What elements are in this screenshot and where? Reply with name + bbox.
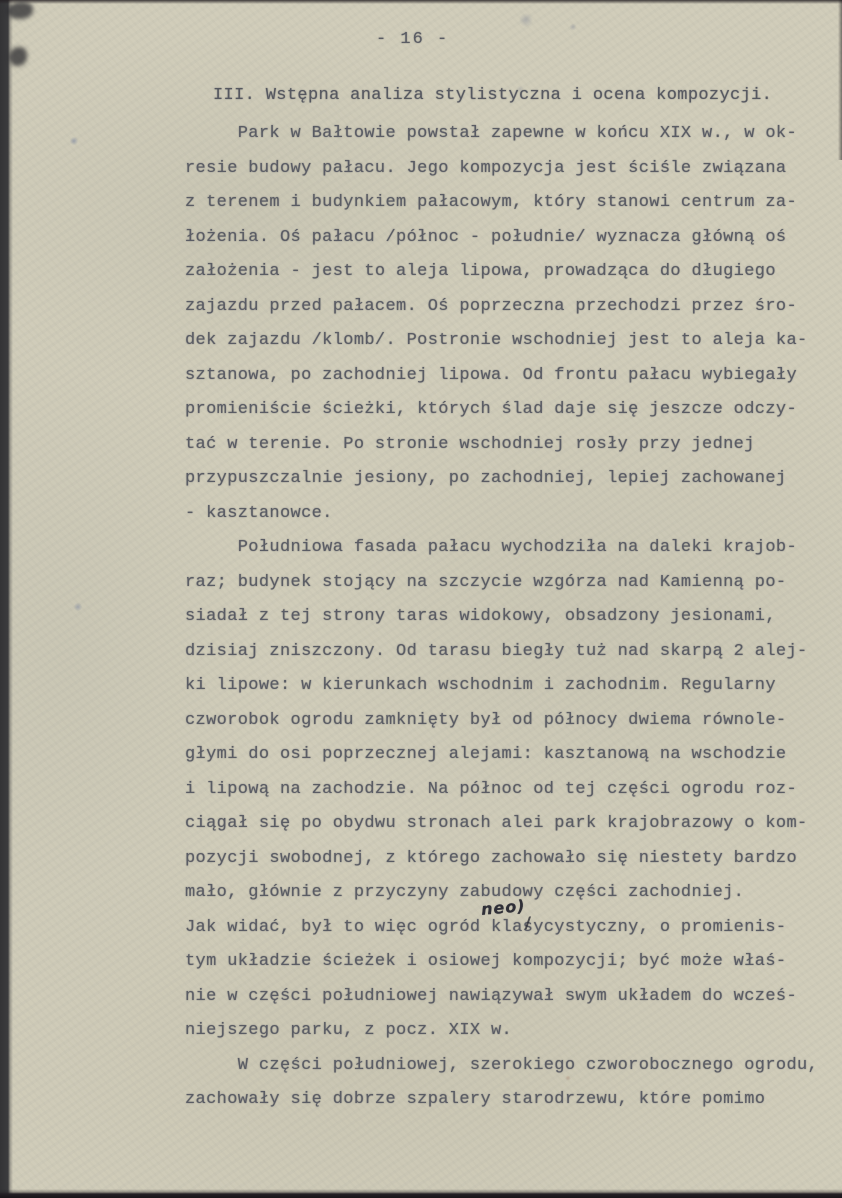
text-line: niejszego parku, z pocz. XIX w. [185, 1021, 835, 1056]
ink-smudge [7, 2, 33, 19]
text-line: siadał z tej strony taras widokowy, obsa… [185, 607, 835, 642]
text-line: Południowa fasada pałacu wychodziła na d… [185, 538, 835, 573]
text-line: założenia - jest to aleja lipowa, prowad… [185, 262, 835, 297]
text-line: nie w części południowej nawiązywał swym… [185, 987, 835, 1022]
text-line: Jak widać, był to więc ogród klasycystyc… [185, 918, 835, 953]
handwritten-annotation: neo) [480, 896, 526, 919]
text-line: ki lipowe: w kierunkach wschodnim i zach… [185, 676, 835, 711]
text-line: pozycji swobodnej, z którego zachowało s… [185, 849, 835, 884]
text-line: i lipową na zachodzie. Na północ od tej … [185, 780, 835, 815]
text-line: łożenia. Oś pałacu /północ - południe/ w… [185, 228, 835, 263]
typewritten-body: Park w Bałtowie powstał zapewne w końcu … [185, 124, 835, 1125]
text-line: tym układzie ścieżek i osiowej kompozycj… [185, 952, 835, 987]
text-line: dek zajazdu /klomb/. Postronie wschodnie… [185, 331, 835, 366]
text-line: W części południowej, szerokiego czworob… [185, 1056, 835, 1091]
scan-edge-bottom [0, 1189, 842, 1198]
scan-edge-top [0, 0, 842, 4]
page-number: - 16 - [376, 30, 449, 49]
text-line: zajazdu przed pałacem. Oś poprzeczna prz… [185, 297, 835, 332]
text-line: promieniście ścieżki, których ślad daje … [185, 400, 835, 435]
text-line: przypuszczalnie jesiony, po zachodniej, … [185, 469, 835, 504]
text-line: sztanowa, po zachodniej lipowa. Od front… [185, 366, 835, 401]
text-line: dzisiaj zniszczony. Od tarasu biegły tuż… [185, 642, 835, 677]
text-line: głymi do osi poprzecznej alejami: kaszta… [185, 745, 835, 780]
text-line: czworobok ogrodu zamknięty był od północ… [185, 711, 835, 746]
section-heading: III. Wstępna analiza stylistyczna i ocen… [213, 86, 772, 105]
text-line: - kasztanowce. [185, 504, 835, 539]
ink-smudge [9, 47, 27, 66]
text-line: ciągał się po obydwu stronach alei park … [185, 814, 835, 849]
scanned-typescript-page: - 16 - III. Wstępna analiza stylistyczna… [0, 0, 842, 1198]
text-line: z terenem i budynkiem pałacowym, który s… [185, 193, 835, 228]
scan-edge-right [838, 0, 842, 160]
scan-edge-left [0, 0, 13, 1198]
text-line: zachowały się dobrze szpalery starodrzew… [185, 1090, 835, 1125]
text-line: resie budowy pałacu. Jego kompozycja jes… [185, 159, 835, 194]
text-line: Park w Bałtowie powstał zapewne w końcu … [185, 124, 835, 159]
text-line: raz; budynek stojący na szczycie wzgórza… [185, 573, 835, 608]
text-line: tać w terenie. Po stronie wschodniej ros… [185, 435, 835, 470]
